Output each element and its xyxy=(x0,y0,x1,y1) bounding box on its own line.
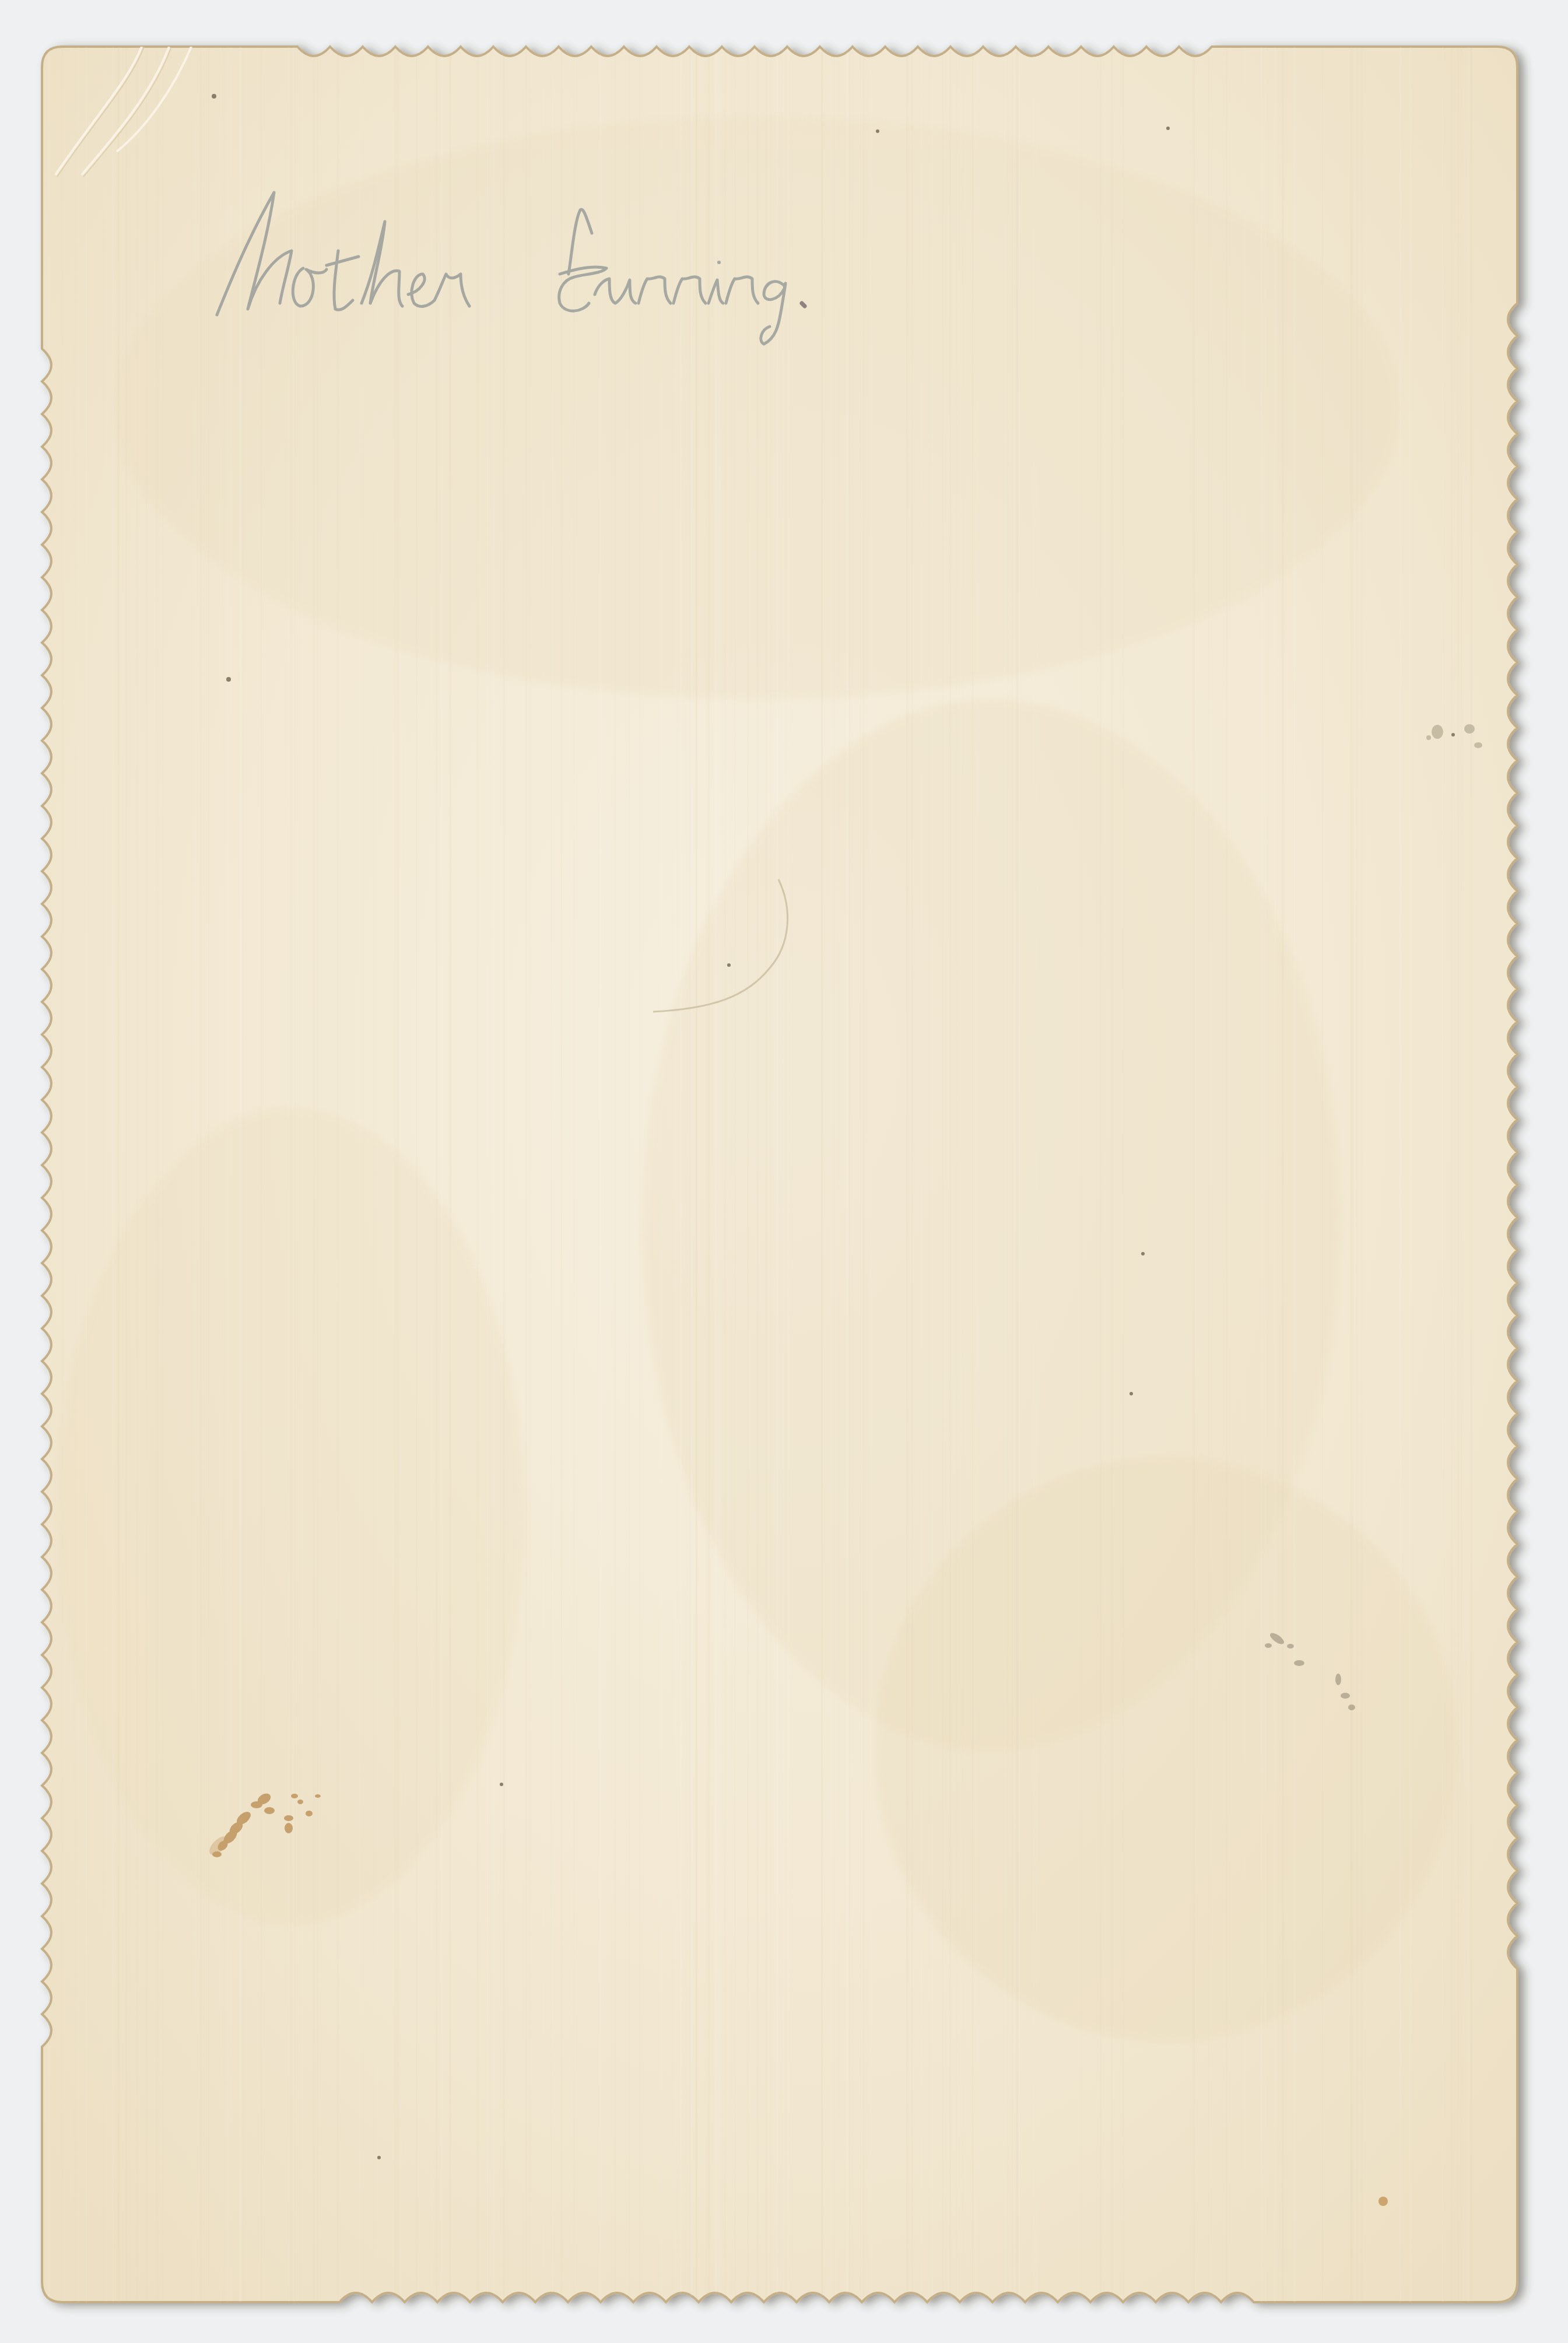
cabinet-card xyxy=(0,0,1568,2343)
scanned-cabinet-card-back: Mother Gunning. Reverse side of an antiq… xyxy=(0,0,1568,2343)
